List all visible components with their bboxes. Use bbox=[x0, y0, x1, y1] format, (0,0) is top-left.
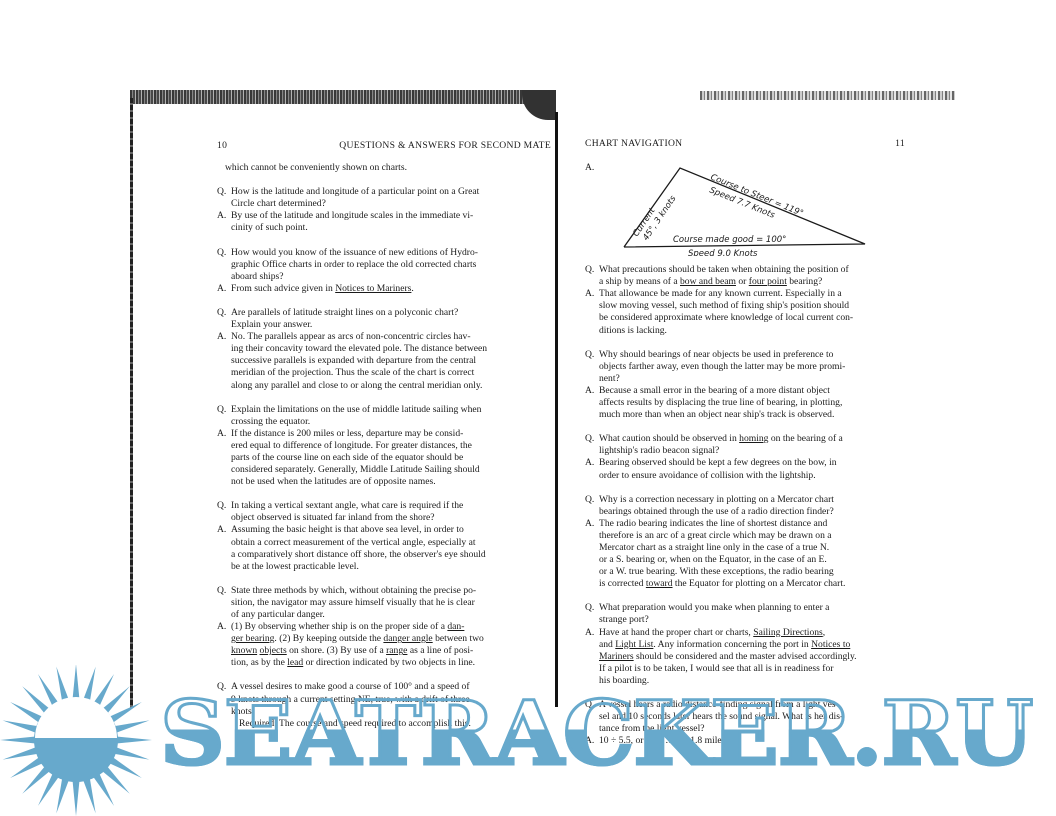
text-run: on the bearing of a bbox=[768, 433, 842, 444]
answer: A.Assuming the basic height is that abov… bbox=[217, 524, 557, 572]
scanned-book-spread: 10 QUESTIONS & ANSWERS FOR SECOND MATE w… bbox=[0, 0, 1056, 816]
underlined-term: lead bbox=[287, 657, 303, 668]
answer: A.From such advice given in Notices to M… bbox=[217, 283, 557, 295]
question: Q.How would you know of the issuance of … bbox=[217, 247, 557, 283]
text-run: If a pilot is to be taken, I would see t… bbox=[599, 663, 833, 674]
text-run: his boarding. bbox=[599, 675, 649, 686]
question-label: Q. bbox=[217, 247, 231, 259]
answer-label: A. bbox=[217, 210, 231, 222]
question-label: Q. bbox=[217, 500, 231, 512]
answer: A.Bearing observed should be kept a few … bbox=[585, 457, 905, 481]
speed-made-good-label: Speed 9.0 Knots bbox=[688, 249, 758, 256]
continuation-text: which cannot be conveniently shown on ch… bbox=[217, 162, 557, 174]
text-run: tion, as by the bbox=[231, 657, 287, 668]
underlined-term: bow and beam bbox=[680, 276, 736, 287]
vector-triangle-diagram: A. Current 45°, 3 knots Course to Steer … bbox=[585, 160, 905, 256]
sun-logo-icon bbox=[0, 665, 160, 816]
right-running-head: CHART NAVIGATION 11 bbox=[585, 138, 905, 150]
underlined-term: danger angle bbox=[383, 633, 432, 644]
text-run: the Equator for plotting on a Mercator c… bbox=[673, 578, 846, 589]
text-run: . bbox=[411, 283, 413, 294]
text-run: between two bbox=[433, 633, 484, 644]
qa-item: Q.How would you know of the issuance of … bbox=[217, 247, 557, 295]
page-number: 11 bbox=[895, 138, 905, 150]
underlined-term: Sailing Directions bbox=[753, 627, 823, 638]
text-run: The radio bearing indicates the line of … bbox=[599, 518, 827, 529]
qa-item: Q.What precautions should be taken when … bbox=[585, 264, 905, 337]
answer: A.Have at hand the proper chart or chart… bbox=[585, 627, 905, 687]
text-run: What precautions should be taken when ob… bbox=[599, 264, 849, 275]
question-label: Q. bbox=[217, 186, 231, 198]
left-running-head: 10 QUESTIONS & ANSWERS FOR SECOND MATE bbox=[217, 140, 557, 152]
question: Q.In taking a vertical sextant angle, wh… bbox=[217, 500, 557, 524]
qa-item: Q.Explain the limitations on the use of … bbox=[217, 404, 557, 489]
text-run: . (2) By keeping outside the bbox=[274, 633, 383, 644]
answer: A.Because a small error in the bearing o… bbox=[585, 385, 905, 421]
underlined-term: Mariners bbox=[599, 651, 634, 662]
answer-label: A. bbox=[217, 621, 231, 633]
text-run: or direction indicated by two objects in… bbox=[303, 657, 475, 668]
text-run: on shore. (3) By use of a bbox=[287, 645, 386, 656]
answer-label: A. bbox=[585, 518, 599, 530]
qa-list: Q.How is the latitude and longitude of a… bbox=[217, 186, 557, 730]
question: Q.What caution should be observed in hom… bbox=[585, 433, 905, 457]
underlined-term: known bbox=[231, 645, 257, 656]
qa-item: Q.In taking a vertical sextant angle, wh… bbox=[217, 500, 557, 573]
question: Q.Explain the limitations on the use of … bbox=[217, 404, 557, 428]
current-triangle-figure: Current 45°, 3 knots Course to Steer = 1… bbox=[585, 160, 905, 256]
question-label: Q. bbox=[585, 349, 599, 361]
question-label: Q. bbox=[217, 681, 231, 693]
answer-label: A. bbox=[585, 627, 599, 639]
text-run: , bbox=[823, 627, 825, 638]
text-run: Have at hand the proper chart or charts, bbox=[599, 627, 753, 638]
required-statement: Required: The course and speed required … bbox=[217, 718, 557, 730]
qa-item: Q.State three methods by which, without … bbox=[217, 585, 557, 670]
text-run: or a W. true bearing. With these excepti… bbox=[599, 566, 834, 577]
text-run: is corrected bbox=[599, 578, 646, 589]
question: Q.A vessel desires to make good a course… bbox=[217, 681, 557, 717]
text-run: Mercator chart as a straight line only i… bbox=[599, 542, 829, 553]
qa-item: Q.What caution should be observed in hom… bbox=[585, 433, 905, 481]
underlined-term: toward bbox=[646, 578, 673, 589]
question: Q.What preparation would you make when p… bbox=[585, 602, 905, 626]
underlined-term: four point bbox=[749, 276, 787, 287]
question-label: Q. bbox=[585, 433, 599, 445]
underlined-term: Notices to bbox=[811, 639, 850, 650]
answer-label: A. bbox=[217, 283, 231, 295]
answer-label: A. bbox=[217, 331, 231, 343]
qa-item: Q.Are parallels of latitude straight lin… bbox=[217, 307, 557, 392]
underlined-term: ger bearing bbox=[231, 633, 274, 644]
text-run: From such advice given in bbox=[231, 283, 335, 294]
text-run: as a line of posi- bbox=[407, 645, 473, 656]
question-label: Q. bbox=[585, 699, 599, 711]
text-run: or a S. bearing or, when on the Equator,… bbox=[599, 554, 827, 565]
answer: A.No. The parallels appear as arcs of no… bbox=[217, 331, 557, 391]
underlined-term: homing bbox=[739, 433, 768, 444]
text-run: therefore is an arc of a great circle wh… bbox=[599, 530, 832, 541]
question: Q.State three methods by which, without … bbox=[217, 585, 557, 621]
text-run: lightship's radio beacon signal? bbox=[599, 445, 719, 456]
answer-label: A. bbox=[217, 428, 231, 440]
question-label: Q. bbox=[585, 494, 599, 506]
underlined-term: range bbox=[386, 645, 407, 656]
question: Q.A vessel hears a radio distance-findin… bbox=[585, 699, 905, 735]
running-title: QUESTIONS & ANSWERS FOR SECOND MATE bbox=[339, 140, 551, 152]
question-label: Q. bbox=[217, 307, 231, 319]
underlined-term: Light List bbox=[615, 639, 653, 650]
question: Q.Why is a correction necessary in plott… bbox=[585, 494, 905, 518]
answer-label: A. bbox=[585, 457, 599, 469]
answer: A.If the distance is 200 miles or less, … bbox=[217, 428, 557, 488]
answer-label: A. bbox=[217, 524, 231, 536]
underlined-term: dan- bbox=[447, 621, 464, 632]
qa-item: Q.Why should bearings of near objects be… bbox=[585, 349, 905, 422]
answer-label: A. bbox=[585, 288, 599, 300]
qa-item: Q.A vessel desires to make good a course… bbox=[217, 681, 557, 729]
text-run: a ship by means of a bbox=[599, 276, 680, 287]
text-run: What caution should be observed in bbox=[599, 433, 739, 444]
course-made-good-label: Course made good = 100° bbox=[673, 235, 786, 245]
qa-item: Q.How is the latitude and longitude of a… bbox=[217, 186, 557, 234]
text-run: (1) By observing whether ship is on the … bbox=[231, 621, 447, 632]
question-label: Q. bbox=[217, 404, 231, 416]
page-number: 10 bbox=[217, 140, 227, 152]
left-page: 10 QUESTIONS & ANSWERS FOR SECOND MATE w… bbox=[217, 140, 557, 742]
scan-edge-left bbox=[130, 98, 133, 708]
text-run: should be considered and the master advi… bbox=[634, 651, 857, 662]
text-run: or bbox=[736, 276, 749, 287]
question-label: Q. bbox=[217, 585, 231, 597]
answer-label: A. bbox=[585, 735, 599, 747]
text-run: . Any information concerning the port in bbox=[653, 639, 811, 650]
answer: A.By use of the latitude and longitude s… bbox=[217, 210, 557, 234]
underlined-term: objects bbox=[260, 645, 287, 656]
question: Q.How is the latitude and longitude of a… bbox=[217, 186, 557, 210]
question: Q.Are parallels of latitude straight lin… bbox=[217, 307, 557, 331]
question: Q.Why should bearings of near objects be… bbox=[585, 349, 905, 385]
running-title: CHART NAVIGATION bbox=[585, 138, 682, 150]
right-page: CHART NAVIGATION 11 A. Current 45°, 3 kn… bbox=[585, 138, 905, 759]
answer-label: A. bbox=[585, 385, 599, 397]
answer: A.10 ÷ 5.5, or 10 × .18, = 1.8 miles. bbox=[585, 735, 905, 747]
answer: A.That allowance be made for any known c… bbox=[585, 288, 905, 336]
qa-item: Q.A vessel hears a radio distance-findin… bbox=[585, 699, 905, 747]
underlined-term: Notices to Mariners bbox=[335, 283, 411, 294]
qa-item: Q.Why is a correction necessary in plott… bbox=[585, 494, 905, 591]
question-label: Q. bbox=[585, 264, 599, 276]
answer: A.The radio bearing indicates the line o… bbox=[585, 518, 905, 591]
answer: A.(1) By observing whether ship is on th… bbox=[217, 621, 557, 669]
scan-shadow-right bbox=[700, 91, 955, 100]
text-run: and bbox=[599, 639, 615, 650]
qa-item: Q.What preparation would you make when p… bbox=[585, 602, 905, 687]
question-label: Q. bbox=[585, 602, 599, 614]
scan-shadow-left bbox=[130, 90, 548, 104]
question: Q.What precautions should be taken when … bbox=[585, 264, 905, 288]
text-run: bearing? bbox=[787, 276, 822, 287]
qa-list: Q.What precautions should be taken when … bbox=[585, 264, 905, 747]
